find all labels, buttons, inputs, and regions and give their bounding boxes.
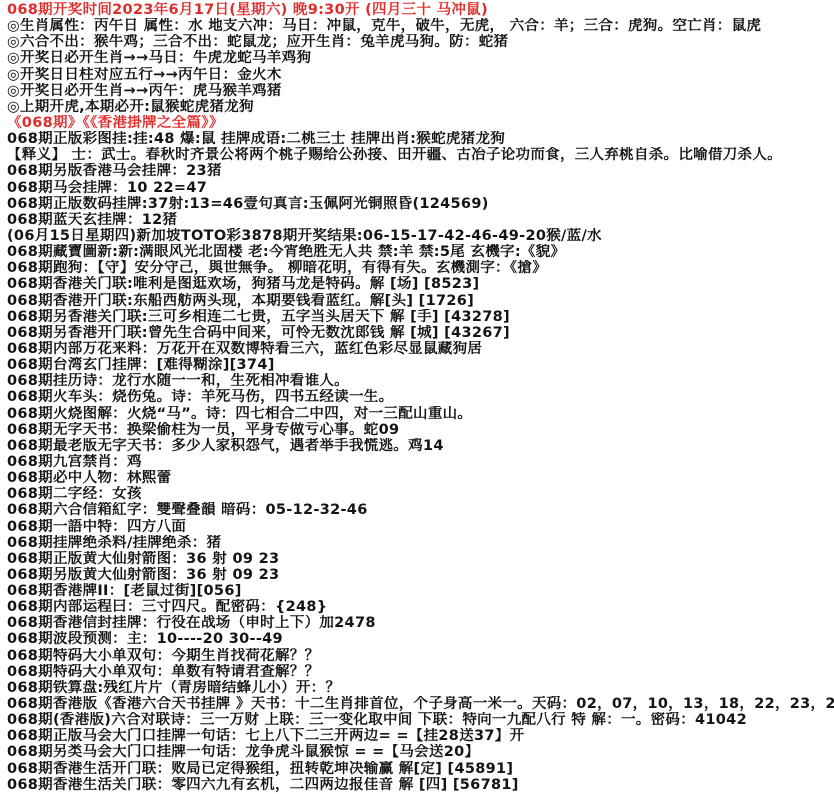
gate-sentence-line: 068期另类马会大门口挂牌一句话：龙争虎斗鼠猴惊 = =【马会送20】 [7, 744, 834, 760]
five-elements-line: ◎开奖日日柱对应五行→→丙午日：金火木 [7, 67, 834, 83]
last-draw-note-line: ◎上期开虎,本期必开:鼠猴蛇虎猪龙狗 [7, 99, 834, 115]
tip-line: 068期蓝天玄挂牌：12猪 [7, 212, 834, 228]
couplet-line: 068期香港开门联:东船西舫两头现，本期要钱看蓝红。解[头] [1726] [7, 293, 834, 309]
tip-line: 068期跑狗：【守】安分守己，與世無争。 柳暗花明，有得有失。玄機測字：《搶》 [7, 260, 834, 276]
tip-line: 068期九宫禁肖：鸡 [7, 454, 834, 470]
tip-line: 068期最老版无字天书：多少人家积怨气，遇者举手我慌逃。鸡14 [7, 438, 834, 454]
tip-line: 068期无字天书：换梁偷柱为一员，平身专做亏心事。蛇09 [7, 422, 834, 438]
tip-line: 068期香港信封挂牌：行役在战场（申时上下）加2478 [7, 615, 834, 631]
life-couplet-line: 068期香港生活开门联：败局已定得猴组，扭转乾坤决输赢 解[定] [45891] [7, 761, 834, 777]
sky-code-line: 068期香港版《香港六合天书挂牌 》天书：十二生肖排首位，个子身高一米一。天码：… [7, 696, 834, 712]
life-couplet-line: 068期香港生活关门联：零四六九有玄机，二四两边报佳音 解 [四] [56781… [7, 777, 834, 793]
poem-line: 068期火烧图解：火烧“马”。诗：四七相合二中四，对一三配山重山。 [7, 406, 834, 422]
draw-time-header: 068期开奖时间2023年6月17日(星期六) 晚9:30开 (四月三十 马冲鼠… [7, 2, 834, 18]
couplet-line: 068期另香港开门联:曾先生合码中间来，可怜无数沈郎钱 解 [城] [43267… [7, 325, 834, 341]
tip-line: 068期特码大小单双句：今期生肖找荷花解？？ [7, 648, 834, 664]
tip-line: 068期特码大小单双句：单数有特请君查解？？ [7, 664, 834, 680]
tip-line: 068期另版香港马会挂牌：23猪 [7, 163, 834, 179]
tip-line: 068期铁算盘:残红片片（青房暗结蜂儿小）开：？ [7, 680, 834, 696]
poem-line: 068期挂历诗：龙行水随一一和，生死相冲看谁人。 [7, 373, 834, 389]
wave-prediction-line: 068期波段预测：主：10----20 30--49 [7, 631, 834, 647]
couplet-poem-line: 068期(香港版)六合对联诗：三一万财 上联：三一变化取中间 下联：特向一九配八… [7, 712, 834, 728]
tip-line: 068期正版黄大仙射箭图：36 射 09 23 [7, 551, 834, 567]
tip-line: 068期内部万花来料：万花开在双数博特看三六，蓝红色彩尽显鼠藏狗居 [7, 341, 834, 357]
tip-line: 068期台湾玄门挂牌：[难得糊涂][374] [7, 357, 834, 373]
poem-line: 068期火车头：烧伤兔。诗：羊死马伤，四书五经读一生。 [7, 389, 834, 405]
guapai-text-page: 068期开奖时间2023年6月17日(星期六) 晚9:30开 (四月三十 马冲鼠… [0, 0, 834, 794]
tip-line: 068期另版黄大仙射箭图：36 射 09 23 [7, 567, 834, 583]
official-chart-line: 068期正版彩图挂:挂:48 爆:鼠 挂牌成语:二桃三士 挂牌出肖:猴蛇虎猪龙狗 [7, 131, 834, 147]
tip-line: 068期正版数码挂牌:37射:13=46壹句真言:玉佩阿光铜照昏(124569) [7, 196, 834, 212]
tip-line: 068期六合信箱紅字：雙聲叠韻 暗码：05-12-32-46 [7, 502, 834, 518]
tip-line: 068期二字经：女孩 [7, 486, 834, 502]
tip-line: 068期香港牌II：[老鼠过街][056] [7, 583, 834, 599]
toto-result-line: (06月15日星期四)新加坡TOTO彩3878期开奖结果:06-15-17-42… [7, 228, 834, 244]
must-open-zodiac-line-2: ◎开奖日必开生肖→→丙午：虎马猴羊鸡猪 [7, 83, 834, 99]
zodiac-attribute-line: ◎生肖属性：丙午日 属性：水 地支六冲：马日：冲鼠，克牛，破牛，无虎， 六合：羊… [7, 18, 834, 34]
zodiac-exclusion-line: ◎六合不出：猴牛鸡；三合不出：蛇鼠龙；应开生肖：兔羊虎马狗。防：蛇猪 [7, 34, 834, 50]
tip-line: 068期内部运程曰：三寸四尺。配密码：{248} [7, 599, 834, 615]
must-open-zodiac-line: ◎开奖日必开生肖→→马日：牛虎龙蛇马羊鸡狗 [7, 50, 834, 66]
tip-line: 068期挂牌绝杀料/挂牌绝杀：猪 [7, 535, 834, 551]
idiom-explanation-line: 【释义】 士：武士。春秋时齐景公将两个桃子赐给公孙接、田开疆、古冶子论功而食，三… [7, 147, 834, 163]
section-title-guapai: 《068期》《《香港掛牌之全篇》》 [7, 115, 834, 131]
couplet-line: 068期另香港关门联:三可乡相连二七贵，五字当头居天下 解 [手] [43278… [7, 309, 834, 325]
couplet-line: 068期香港关门联:唯利是图逛欢场，狗猪马龙是特码。解 [场] [8523] [7, 276, 834, 292]
tip-line: 068期必中人物：林熙蕾 [7, 470, 834, 486]
tip-line: 068期马会挂牌：10 22=47 [7, 180, 834, 196]
tip-line: 068期一語中特：四方八面 [7, 519, 834, 535]
tip-line: 068期藏寶圖新:新:满眼风光北固楼 老:今宵绝胜无人共 禁:羊 禁:5尾 玄機… [7, 244, 834, 260]
gate-sentence-line: 068期正版马会大门口挂牌一句话：七上八下二三开两边= =【挂28送37】开 [7, 728, 834, 744]
